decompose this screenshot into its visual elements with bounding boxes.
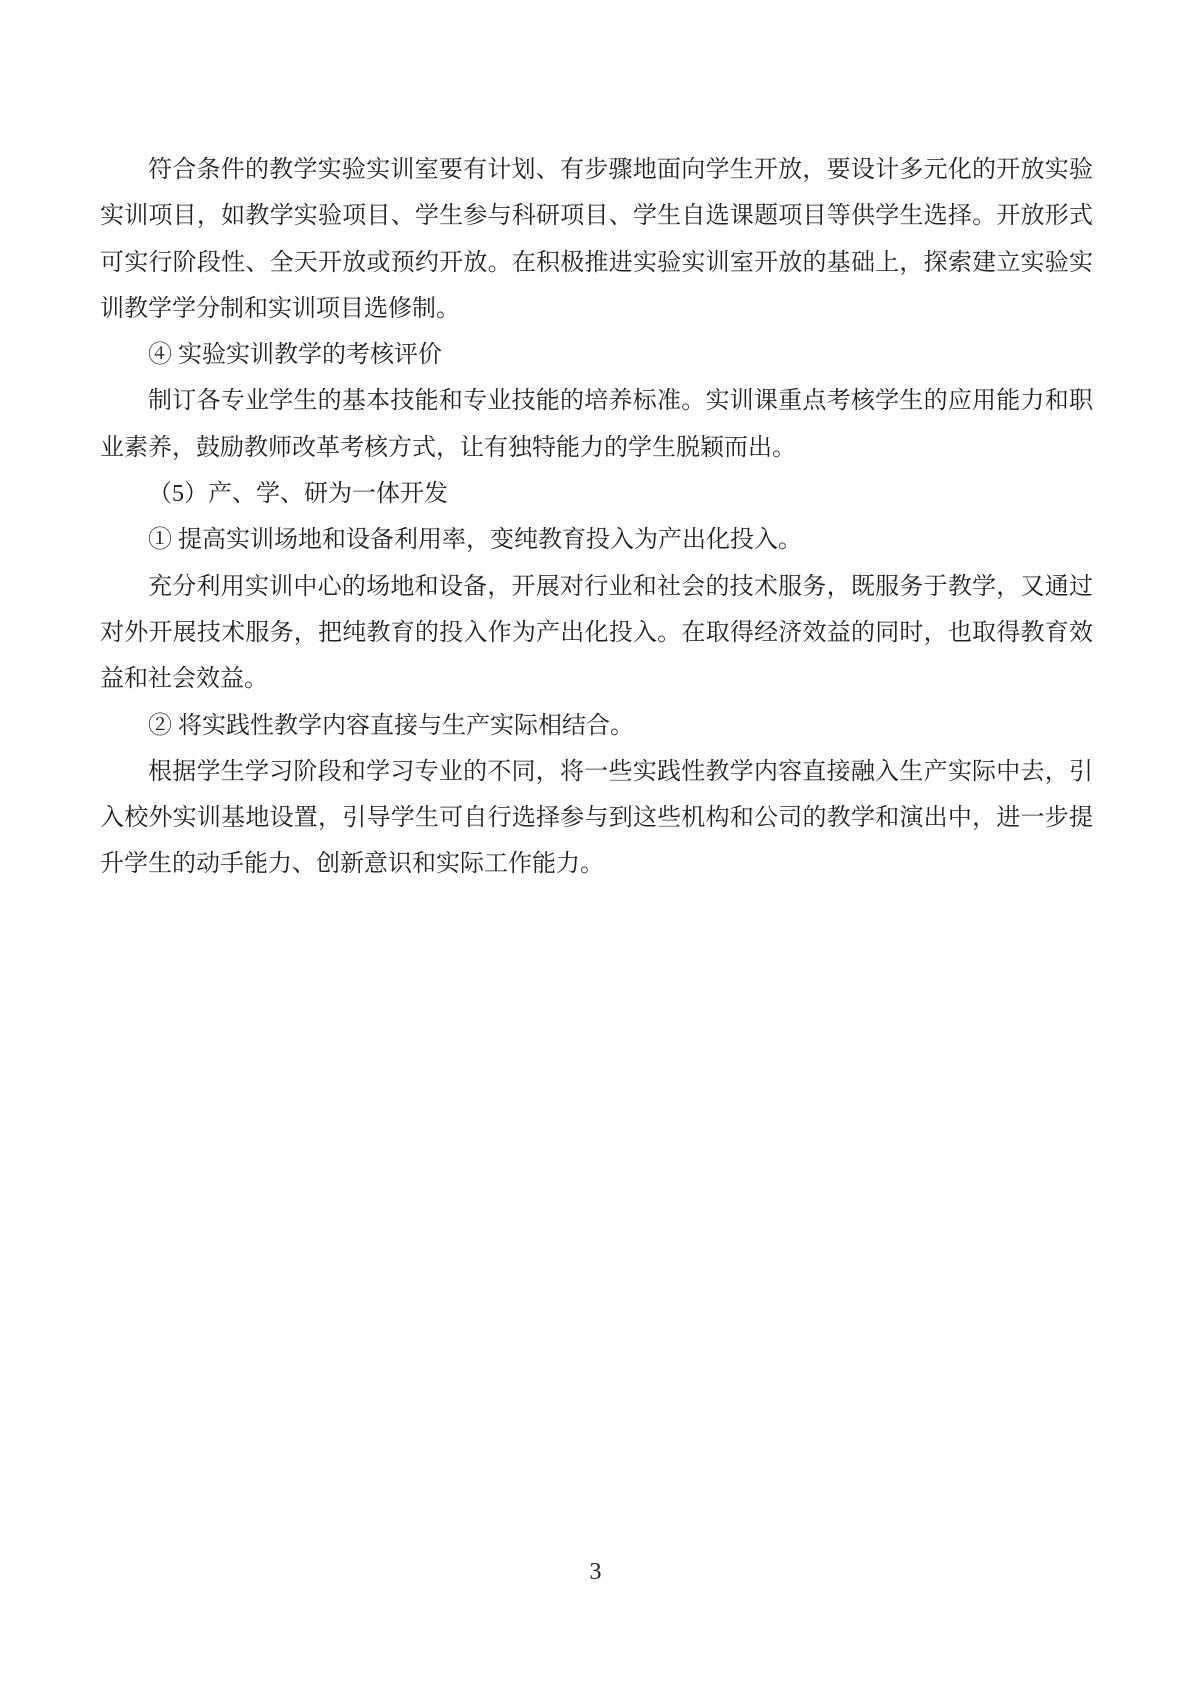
document-body: 符合条件的教学实验实训室要有计划、有步骤地面向学生开放，要设计多元化的开放实验 …	[100, 147, 1093, 888]
text-line-list-item: ② 将实践性教学内容直接与生产实际相结合。	[100, 703, 1093, 749]
text-line: 制订各专业学生的基本技能和专业技能的培养标准。实训课重点考核学生的应用能力和职	[100, 378, 1093, 424]
text-line-list-item: ① 提高实训场地和设备利用率，变纯教育投入为产出化投入。	[100, 517, 1093, 563]
text-line: 升学生的动手能力、创新意识和实际工作能力。	[100, 841, 1093, 887]
text-line: 可实行阶段性、全天开放或预约开放。在积极推进实验实训室开放的基础上，探索建立实验…	[100, 240, 1093, 286]
page-number: 3	[0, 1558, 1191, 1586]
text-line-list-item: ④ 实验实训教学的考核评价	[100, 332, 1093, 378]
text-line: 符合条件的教学实验实训室要有计划、有步骤地面向学生开放，要设计多元化的开放实验	[100, 147, 1093, 193]
text-line: 业素养，鼓励教师改革考核方式，让有独特能力的学生脱颖而出。	[100, 425, 1093, 471]
text-line: 实训项目，如教学实验项目、学生参与科研项目、学生自选课题项目等供学生选择。开放形…	[100, 193, 1093, 239]
text-line-heading: （5）产、学、研为一体开发	[100, 471, 1093, 517]
text-line: 训教学学分制和实训项目选修制。	[100, 286, 1093, 332]
text-line: 根据学生学习阶段和学习专业的不同，将一些实践性教学内容直接融入生产实际中去，引	[100, 749, 1093, 795]
text-line: 益和社会效益。	[100, 656, 1093, 702]
document-page: 符合条件的教学实验实训室要有计划、有步骤地面向学生开放，要设计多元化的开放实验 …	[0, 0, 1191, 1684]
text-line: 对外开展技术服务，把纯教育的投入作为产出化投入。在取得经济效益的同时，也取得教育…	[100, 610, 1093, 656]
text-line: 充分利用实训中心的场地和设备，开展对行业和社会的技术服务，既服务于教学，又通过	[100, 564, 1093, 610]
text-line: 入校外实训基地设置，引导学生可自行选择参与到这些机构和公司的教学和演出中，进一步…	[100, 795, 1093, 841]
